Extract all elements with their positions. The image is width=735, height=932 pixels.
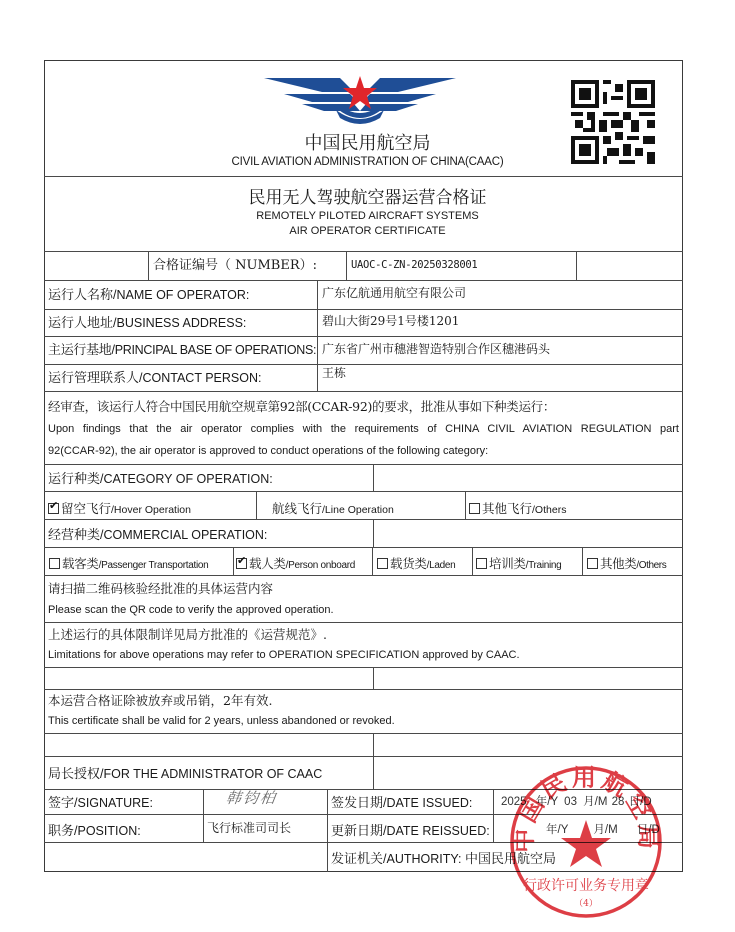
contact-person-label-en: /CONTACT PERSON: <box>139 371 261 385</box>
divider <box>372 547 373 575</box>
position-label: 职务/POSITION: <box>48 825 141 838</box>
category-option-others[interactable]: 其他飞行/Others <box>469 501 566 517</box>
category-option-hover[interactable]: 留空飞行/Hover Operation <box>48 501 191 517</box>
divider <box>44 364 683 365</box>
validity-en: This certificate shall be valid for 2 ye… <box>48 716 395 727</box>
divider <box>44 336 683 337</box>
divider <box>44 733 683 734</box>
divider <box>576 251 577 280</box>
administrator-label: 局长授权/FOR THE ADMINISTRATOR OF CAAC <box>48 768 322 781</box>
limitations-en: Limitations for above operations may ref… <box>48 650 520 661</box>
limitations-zh: 上述运行的具体限制详见局方批准的《运营规范》. <box>48 629 327 642</box>
divider <box>233 547 234 575</box>
divider <box>44 176 683 177</box>
divider <box>44 280 683 281</box>
operator-name-value: 广东亿航通用航空有限公司 <box>322 287 466 299</box>
divider <box>373 667 374 689</box>
certificate-title-en-2: AIR OPERATOR CERTIFICATE <box>0 226 735 237</box>
divider <box>373 464 374 491</box>
date-reissued-label: 更新日期/DATE REISSUED: <box>331 825 490 838</box>
divider <box>327 789 328 872</box>
checkbox-checked-icon[interactable] <box>236 558 247 569</box>
certificate-frame <box>44 60 683 872</box>
commercial-option-training[interactable]: 培训类/Training <box>476 556 561 572</box>
divider <box>44 547 683 548</box>
divider <box>44 391 683 392</box>
divider <box>472 547 473 575</box>
certificate-title-zh: 民用无人驾驶航空器运营合格证 <box>0 190 735 207</box>
commercial-option-passenger[interactable]: 载客类/Passenger Transportation <box>49 556 208 572</box>
business-address-label-zh: 运行人地址 <box>48 316 113 331</box>
business-address-label-en: /BUSINESS ADDRESS: <box>113 316 246 330</box>
commercial-option-person-onboard[interactable]: 载人类/Person onboard <box>236 556 355 572</box>
certificate-number-label: 合格证编号（ NUMBER）: <box>153 259 317 272</box>
divider <box>44 309 683 310</box>
qr-note-zh: 请扫描二维码核验经批准的具体运营内容 <box>48 583 273 596</box>
divider <box>317 280 318 391</box>
certificate-number-value: UAOC-C-ZN-20250328001 <box>351 260 477 271</box>
business-address-value: 碧山大街29号1号楼1201 <box>322 315 459 327</box>
principal-base-label-en: /PRINCIPAL BASE OF OPERATIONS: <box>112 343 317 357</box>
caac-logo-icon <box>262 74 458 126</box>
qr-note-en: Please scan the QR code to verify the ap… <box>48 605 334 616</box>
official-seal-icon: 中国民用航空局 行政许可业务专用章 （4） <box>506 762 666 922</box>
signature-label: 签字/SIGNATURE: <box>48 797 153 810</box>
principal-base-label-zh: 主运行基地 <box>48 343 112 358</box>
commercial-option-laden[interactable]: 载货类/Laden <box>377 556 455 572</box>
checkbox-checked-icon[interactable] <box>48 503 59 514</box>
date-issued-label: 签发日期/DATE ISSUED: <box>331 797 472 810</box>
operator-name-label-zh: 运行人名称 <box>48 288 113 303</box>
checkbox-empty-icon[interactable] <box>49 558 60 569</box>
approval-statement-en-2: 92(CCAR-92), the air operator is approve… <box>48 446 488 457</box>
divider <box>44 519 683 520</box>
category-option-line: 航线飞行/Line Operation <box>272 501 394 517</box>
signature-handwriting: 韩钧柏 <box>225 791 278 806</box>
divider <box>582 547 583 575</box>
principal-base-value: 广东省广州市穗港智造特别合作区穗港码头 <box>322 343 550 355</box>
divider <box>44 464 683 465</box>
approval-statement-zh: 经审查，该运行人符合中国民用航空规章第92部(CCAR-92)的要求，批准从事如… <box>48 401 555 414</box>
commercial-label: 经营种类/COMMERCIAL OPERATION: <box>48 529 267 542</box>
divider <box>373 733 374 789</box>
checkbox-empty-icon[interactable] <box>476 558 487 569</box>
svg-text:行政许可业务专用章: 行政许可业务专用章 <box>523 877 649 894</box>
divider <box>203 789 204 842</box>
divider <box>44 575 683 576</box>
commercial-option-others[interactable]: 其他类/Others <box>587 556 666 572</box>
divider <box>44 251 683 252</box>
contact-person-label-zh: 运行管理联系人 <box>48 371 139 386</box>
category-label: 运行种类/CATEGORY OF OPERATION: <box>48 473 273 486</box>
checkbox-empty-icon[interactable] <box>377 558 388 569</box>
divider <box>346 251 347 280</box>
divider <box>44 622 683 623</box>
divider <box>148 251 149 280</box>
divider <box>493 789 494 842</box>
divider <box>44 491 683 492</box>
divider <box>256 491 257 519</box>
divider <box>44 756 683 757</box>
checkbox-empty-icon[interactable] <box>587 558 598 569</box>
approval-statement-en-1: Upon findings that the air operator comp… <box>48 424 679 435</box>
checkbox-empty-icon[interactable] <box>469 503 480 514</box>
operator-name-label-en: /NAME OF OPERATOR: <box>113 288 249 302</box>
divider <box>44 667 683 668</box>
certificate-title-en-1: REMOTELY PILOTED AIRCRAFT SYSTEMS <box>0 211 735 222</box>
contact-person-value: 王栋 <box>322 367 346 379</box>
position-value: 飞行标准司司长 <box>207 822 291 834</box>
svg-text:（4）: （4） <box>574 898 598 909</box>
validity-zh: 本运营合格证除被放弃或吊销，2年有效. <box>48 695 272 708</box>
qr-code-icon <box>571 80 655 164</box>
divider <box>373 519 374 547</box>
divider <box>465 491 466 519</box>
divider <box>44 689 683 690</box>
